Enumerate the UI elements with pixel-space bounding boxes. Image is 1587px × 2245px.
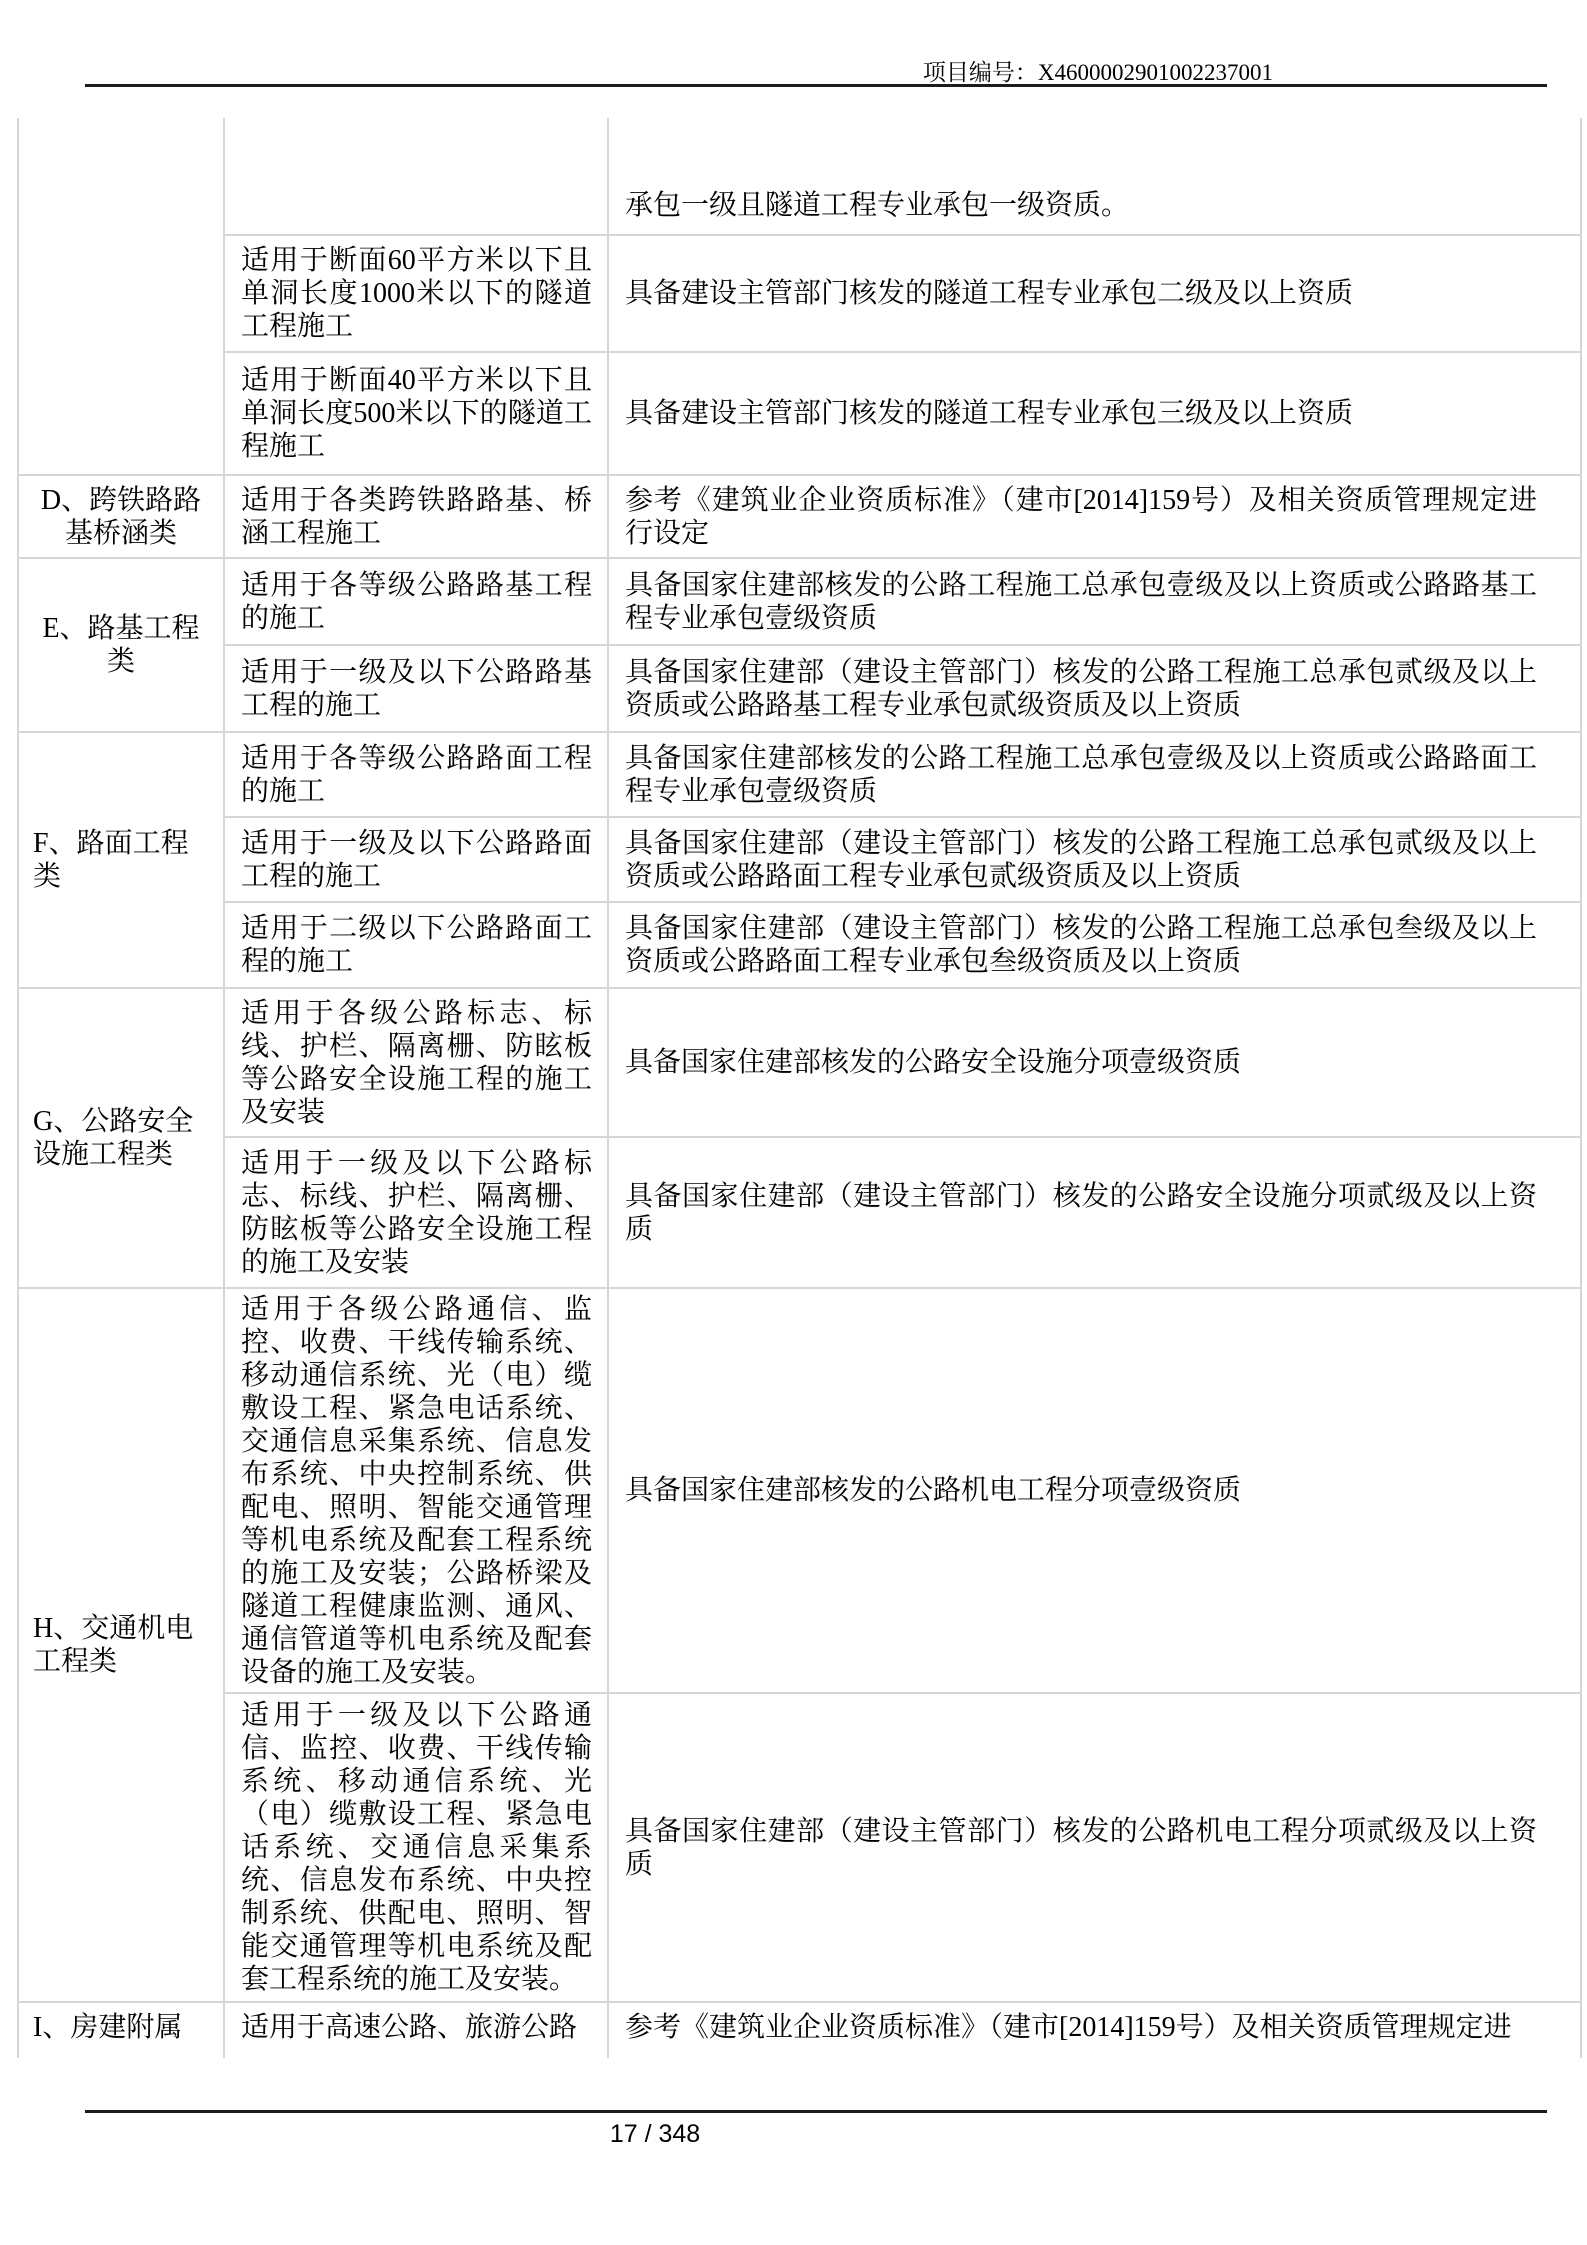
table-row: D、跨铁路路基桥涵类 适用于各类跨铁路路基、桥涵工程施工 参考《建筑业企业资质标… — [18, 475, 1581, 558]
document-page: 项目编号：X4600002901002237001 承包一级且隧道工程专业承包一… — [0, 0, 1587, 2245]
table-row: 承包一级且隧道工程专业承包一级资质。 — [18, 118, 1581, 235]
requirement-cell: 具备国家住建部（建设主管部门）核发的公路工程施工总承包贰级及以上资质或公路路基工… — [608, 645, 1581, 732]
category-cell: D、跨铁路路基桥涵类 — [18, 475, 224, 558]
scope-cell: 适用于一级及以下公路标志、标线、护栏、隔离栅、防眩板等公路安全设施工程的施工及安… — [224, 1137, 608, 1288]
requirement-cell: 参考《建筑业企业资质标准》（建市[2014]159号）及相关资质管理规定进行设定 — [608, 475, 1581, 558]
category-cell — [18, 118, 224, 475]
requirement-cell: 具备国家住建部（建设主管部门）核发的公路工程施工总承包贰级及以上资质或公路路面工… — [608, 817, 1581, 902]
table-row: 适用于一级及以下公路路面工程的施工 具备国家住建部（建设主管部门）核发的公路工程… — [18, 817, 1581, 902]
table-row: 适用于一级及以下公路路基工程的施工 具备国家住建部（建设主管部门）核发的公路工程… — [18, 645, 1581, 732]
requirement-cell: 具备国家住建部（建设主管部门）核发的公路安全设施分项贰级及以上资质 — [608, 1137, 1581, 1288]
requirement-cell: 参考《建筑业企业资质标准》（建市[2014]159号）及相关资质管理规定进 — [608, 2002, 1581, 2058]
table-row: 适用于断面40平方米以下且单洞长度500米以下的隧道工程施工 具备建设主管部门核… — [18, 352, 1581, 475]
requirement-cell: 具备国家住建部（建设主管部门）核发的公路机电工程分项贰级及以上资质 — [608, 1693, 1581, 2002]
table-row: 适用于一级及以下公路标志、标线、护栏、隔离栅、防眩板等公路安全设施工程的施工及安… — [18, 1137, 1581, 1288]
scope-cell: 适用于各等级公路路面工程的施工 — [224, 732, 608, 817]
requirement-cell: 具备国家住建部（建设主管部门）核发的公路工程施工总承包叁级及以上资质或公路路面工… — [608, 902, 1581, 988]
table-row: 适用于二级以下公路路面工程的施工 具备国家住建部（建设主管部门）核发的公路工程施… — [18, 902, 1581, 988]
table-row: 适用于一级及以下公路通信、监控、收费、干线传输系统、移动通信系统、光（电）缆敷设… — [18, 1693, 1581, 2002]
category-cell: F、路面工程类 — [18, 732, 224, 988]
scope-cell: 适用于一级及以下公路通信、监控、收费、干线传输系统、移动通信系统、光（电）缆敷设… — [224, 1693, 608, 2002]
scope-cell: 适用于断面60平方米以下且单洞长度1000米以下的隧道工程施工 — [224, 235, 608, 352]
requirement-cell: 具备国家住建部核发的公路机电工程分项壹级资质 — [608, 1288, 1581, 1693]
footer-rule-line — [85, 2110, 1547, 2113]
table-row: I、房建附属 适用于高速公路、旅游公路 参考《建筑业企业资质标准》（建市[201… — [18, 2002, 1581, 2058]
requirement-cell: 具备国家住建部核发的公路工程施工总承包壹级及以上资质或公路路面工程专业承包壹级资… — [608, 732, 1581, 817]
scope-cell: 适用于断面40平方米以下且单洞长度500米以下的隧道工程施工 — [224, 352, 608, 475]
scope-cell: 适用于一级及以下公路路基工程的施工 — [224, 645, 608, 732]
table-row: F、路面工程类 适用于各等级公路路面工程的施工 具备国家住建部核发的公路工程施工… — [18, 732, 1581, 817]
category-cell: E、路基工程类 — [18, 558, 224, 732]
scope-cell: 适用于高速公路、旅游公路 — [224, 2002, 608, 2058]
project-number-label: 项目编号：X4600002901002237001 — [923, 54, 1273, 87]
table-row: 适用于断面60平方米以下且单洞长度1000米以下的隧道工程施工 具备建设主管部门… — [18, 235, 1581, 352]
category-cell: H、交通机电工程类 — [18, 1288, 224, 2002]
header-rule-line — [85, 84, 1547, 87]
table-row: H、交通机电工程类 适用于各级公路通信、监控、收费、干线传输系统、移动通信系统、… — [18, 1288, 1581, 1693]
table-row: E、路基工程类 适用于各等级公路路基工程的施工 具备国家住建部核发的公路工程施工… — [18, 558, 1581, 645]
requirement-cell: 具备国家住建部核发的公路安全设施分项壹级资质 — [608, 988, 1581, 1137]
requirement-cell: 具备国家住建部核发的公路工程施工总承包壹级及以上资质或公路路基工程专业承包壹级资… — [608, 558, 1581, 645]
scope-cell: 适用于各等级公路路基工程的施工 — [224, 558, 608, 645]
scope-cell: 适用于二级以下公路路面工程的施工 — [224, 902, 608, 988]
scope-cell: 适用于各类跨铁路路基、桥涵工程施工 — [224, 475, 608, 558]
scope-cell: 适用于各级公路标志、标线、护栏、隔离栅、防眩板等公路安全设施工程的施工及安装 — [224, 988, 608, 1137]
page-number: 17 / 348 — [555, 2120, 755, 2149]
scope-cell — [224, 118, 608, 235]
scope-cell: 适用于各级公路通信、监控、收费、干线传输系统、移动通信系统、光（电）缆敷设工程、… — [224, 1288, 608, 1693]
category-cell: I、房建附属 — [18, 2002, 224, 2058]
requirement-cell: 具备建设主管部门核发的隧道工程专业承包二级及以上资质 — [608, 235, 1581, 352]
scope-cell: 适用于一级及以下公路路面工程的施工 — [224, 817, 608, 902]
qualification-table: 承包一级且隧道工程专业承包一级资质。 适用于断面60平方米以下且单洞长度1000… — [17, 118, 1582, 2058]
requirement-cell: 具备建设主管部门核发的隧道工程专业承包三级及以上资质 — [608, 352, 1581, 475]
category-cell: G、公路安全设施工程类 — [18, 988, 224, 1288]
table-row: G、公路安全设施工程类 适用于各级公路标志、标线、护栏、隔离栅、防眩板等公路安全… — [18, 988, 1581, 1137]
requirement-cell: 承包一级且隧道工程专业承包一级资质。 — [608, 118, 1581, 235]
